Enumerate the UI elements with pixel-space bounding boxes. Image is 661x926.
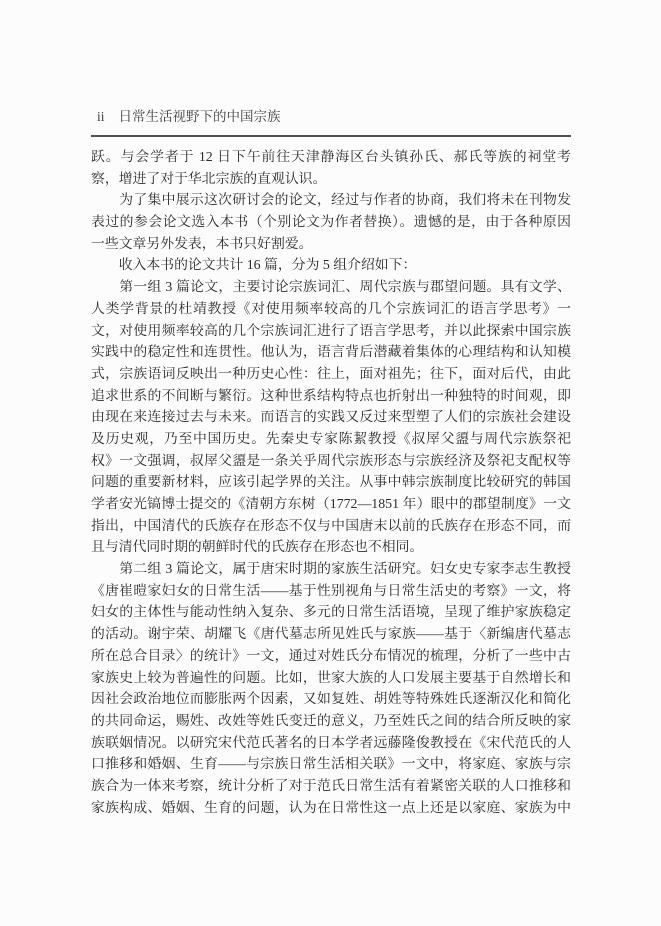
page-header: ii 日常生活视野下的中国宗族 bbox=[97, 108, 570, 126]
text-line: 因社会政治地位而膨胀两个因素，又如复姓、胡姓等特殊姓氏逐渐汉化和简化 bbox=[91, 688, 571, 710]
header-rule bbox=[91, 135, 571, 137]
text-line: 问题的重要新材料，应该引起学界的关注。从事中韩宗族制度比较研究的韩国 bbox=[91, 471, 571, 493]
text-line: 及历史观，乃至中国历史。先秦史专家陈絜教授《叔屖父盨与周代宗族祭祀 bbox=[91, 428, 571, 450]
text-line: 且与清代同时期的朝鲜时代的氏族存在形态也不相同。 bbox=[91, 536, 571, 558]
text-line: 式，宗族语词反映出一种历史心性：往上，面对祖先；往下，面对后代，由此 bbox=[91, 363, 571, 385]
text-line: 收入本书的论文共计 16 篇，分为 5 组介绍如下： bbox=[91, 254, 571, 276]
text-line: 妇女的主体性与能动性纳入复杂、多元的日常生活语境，呈现了维护家族稳定 bbox=[91, 601, 571, 623]
page-number: ii bbox=[97, 108, 105, 126]
text-line: 为了集中展示这次研讨会的论文，经过与作者的协商，我们将未在刊物发 bbox=[91, 189, 571, 211]
text-line: 权》一文强调，叔屖父盨是一条关乎周代宗族形态与宗族经济及祭祀支配权等 bbox=[91, 450, 571, 472]
text-line: 第一组 3 篇论文，主要讨论宗族词汇、周代宗族与郡望问题。具有文学、 bbox=[91, 276, 571, 298]
text-line: 所在总合目录〉的统计》一文，通过对姓氏分布情况的梳理，分析了一些中古 bbox=[91, 645, 571, 667]
text-line: 《唐崔暟家妇女的日常生活——基于性别视角与日常生活史的考察》一文，将 bbox=[91, 580, 571, 602]
text-line: 察，增进了对于华北宗族的直观认识。 bbox=[91, 168, 571, 190]
text-line: 家族史上较为普遍性的问题。比如，世家大族的人口发展主要基于自然增长和 bbox=[91, 667, 571, 689]
text-line: 实践中的稳定性和连贯性。他认为，语言背后潜藏着集体的心理结构和认知模 bbox=[91, 341, 571, 363]
text-line: 第二组 3 篇论文，属于唐宋时期的家族生活研究。妇女史专家李志生教授 bbox=[91, 558, 571, 580]
text-line: 家族构成、婚姻、生育的问题，认为在日常性这一点上还是以家庭、家族为中 bbox=[91, 797, 571, 819]
text-line: 跃。与会学者于 12 日下午前往天津静海区台头镇孙氏、郝氏等族的祠堂考 bbox=[91, 146, 571, 168]
text-line: 族联姻情况。以研究宋代范氏著名的日本学者远藤隆俊教授在《宋代范氏的人 bbox=[91, 732, 571, 754]
text-line: 由现在来连接过去与未来。而语言的实践又反过来型塑了人们的宗族社会建设 bbox=[91, 406, 571, 428]
body-text: 跃。与会学者于 12 日下午前往天津静海区台头镇孙氏、郝氏等族的祠堂考察，增进了… bbox=[91, 146, 571, 818]
text-line: 族合为一体来考察，统计分析了对于范氏日常生活有着紧密关联的人口推移和 bbox=[91, 775, 571, 797]
book-page: ii 日常生活视野下的中国宗族 跃。与会学者于 12 日下午前往天津静海区台头镇… bbox=[0, 0, 661, 926]
running-title: 日常生活视野下的中国宗族 bbox=[119, 108, 281, 126]
text-line: 人类学背景的杜靖教授《对使用频率较高的几个宗族词汇的语言学思考》一 bbox=[91, 298, 571, 320]
text-line: 文，对使用频率较高的几个宗族词汇进行了语言学思考，并以此探索中国宗族 bbox=[91, 320, 571, 342]
text-line: 表过的参会论文选入本书（个别论文为作者替换）。遗憾的是，由于各种原因 bbox=[91, 211, 571, 233]
text-line: 的共同命运，赐姓、改姓等姓氏变迁的意义，乃至姓氏之间的结合所反映的家 bbox=[91, 710, 571, 732]
text-line: 一些文章另外发表，本书只好割爱。 bbox=[91, 233, 571, 255]
text-line: 指出，中国清代的氏族存在形态不仅与中国唐末以前的氏族存在形态不同，而 bbox=[91, 515, 571, 537]
text-line: 口推移和婚姻、生育——与宗族日常生活相关联》一文中，将家庭、家族与宗 bbox=[91, 753, 571, 775]
text-line: 追求世系的不间断与繁衍。这种世系结构特点也折射出一种独特的时间观，即 bbox=[91, 385, 571, 407]
text-line: 的活动。谢宇荣、胡耀飞《唐代墓志所见姓氏与家族——基于〈新编唐代墓志 bbox=[91, 623, 571, 645]
text-line: 学者安光镐博士提交的《清朝方东树（1772—1851 年）眼中的郡望制度》一文 bbox=[91, 493, 571, 515]
